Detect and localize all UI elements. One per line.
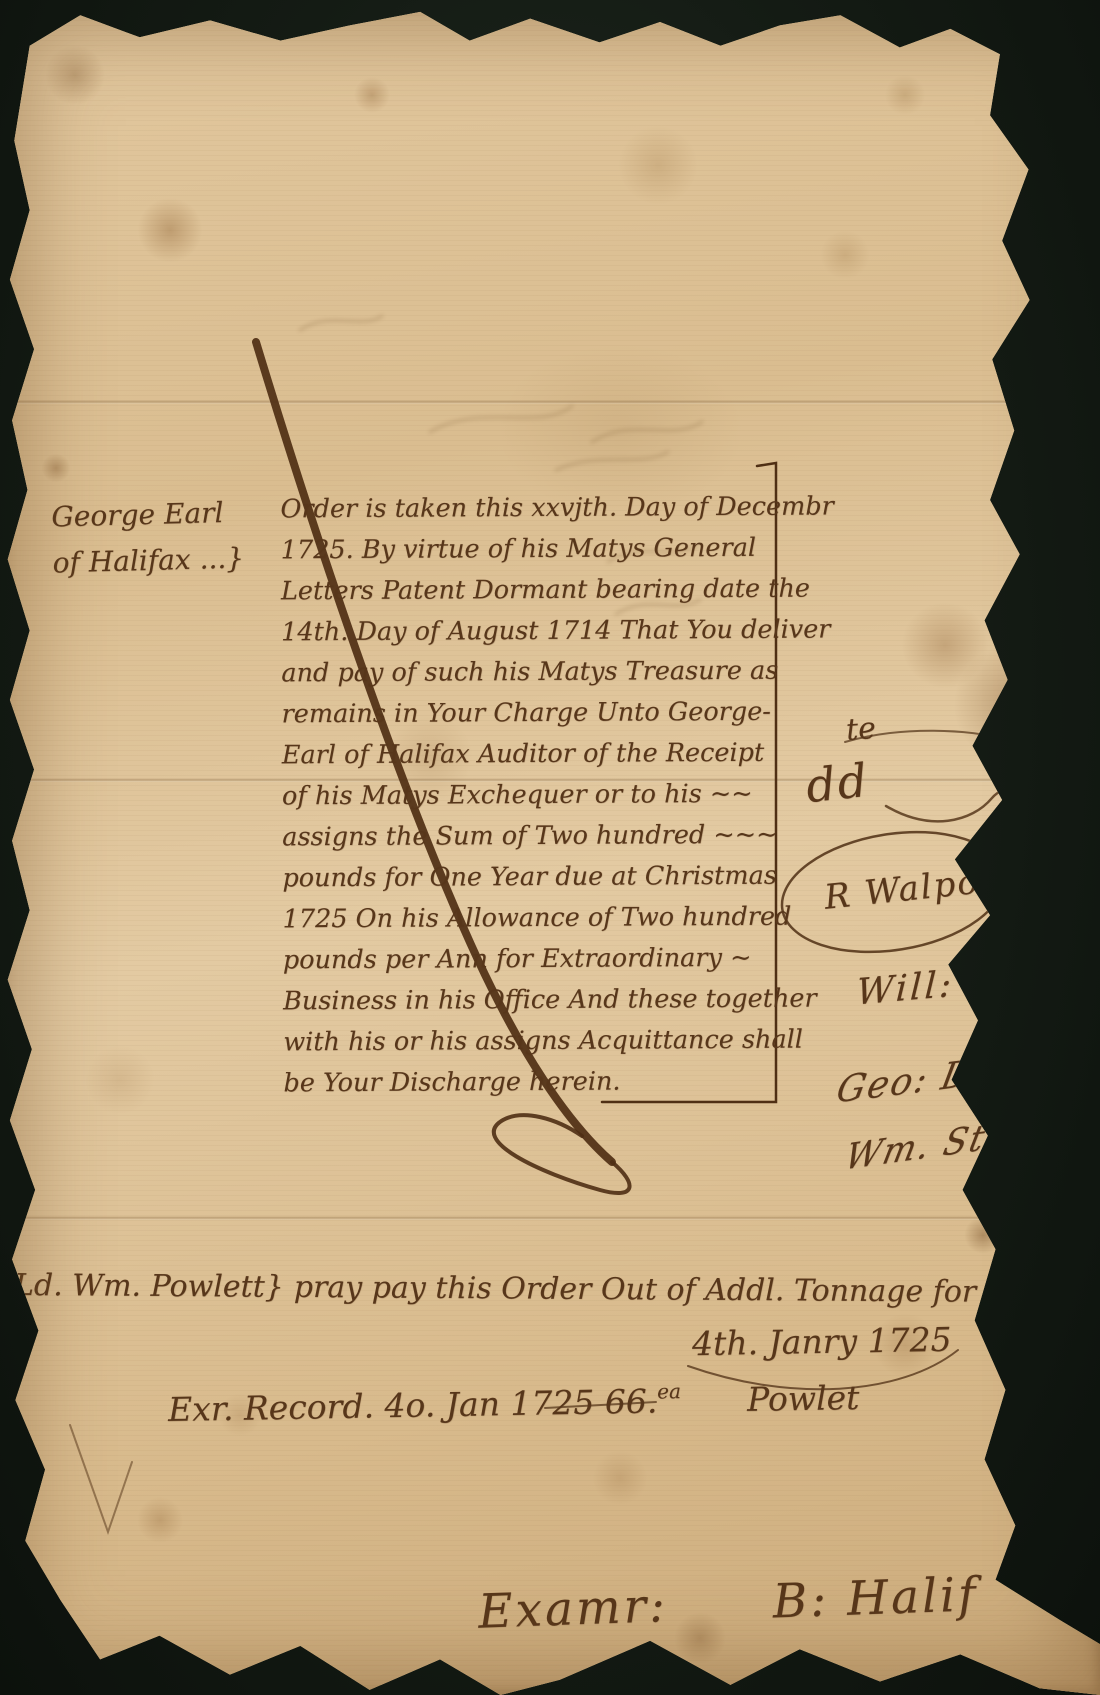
fold-crease: [0, 1216, 1100, 1220]
record-text: Exr. Record. 4o. Jan 1725 66.: [168, 1381, 658, 1429]
check-mark-stroke: [70, 1425, 132, 1532]
dd-mark-flourish: [886, 789, 1030, 821]
endorsement-date: 4th. Janry 1725: [692, 1320, 952, 1364]
margin-mark-dd: dd: [803, 753, 871, 813]
order-body-line: be Your Discharge herein.: [283, 1061, 788, 1105]
margin-note-line: of Halifax ...}: [52, 535, 245, 586]
order-body-line: Earl of Halifax Auditor of the Receipt: [282, 733, 787, 777]
margin-note-line: George Earl: [51, 490, 244, 541]
exam-signature: B: Halif: [772, 1567, 980, 1629]
signature-dodington: Geo: Dodington.: [833, 1029, 1100, 1111]
margin-mark-te: te: [845, 711, 877, 748]
fold-crease: [0, 400, 1100, 404]
order-text-block: Order is taken this xxvjth. Day of Decem…: [280, 487, 788, 1105]
record-line: Exr. Record. 4o. Jan 1725 66.eaPowlet: [168, 1376, 860, 1429]
exam-line: Examr:B: Halif: [477, 1567, 979, 1639]
record-signature: Powlet: [747, 1378, 860, 1419]
order-body-line: and pay of such his Matys Treasure as: [281, 651, 786, 695]
document-photo: { "page": { "background_color": "#141b14…: [0, 0, 1100, 1695]
order-body-line: Order is taken this xxvjth. Day of Decem…: [280, 487, 785, 531]
order-body-line: of his Matys Exchequer or to his ~~: [282, 774, 787, 818]
ink-slash-loop: [494, 1115, 630, 1193]
walpole-flourish-tail: [995, 898, 1058, 914]
order-body-line: Letters Patent Dormant bearing date the: [281, 569, 786, 613]
signature-yonge: Will: Yonge: [855, 951, 1094, 1013]
manuscript-paper: George Earl of Halifax ...} Order is tak…: [0, 0, 1100, 1695]
record-superscript: ea: [657, 1379, 681, 1403]
order-body-line: assigns the Sum of Two hundred ~~~: [282, 815, 787, 859]
order-body-line: with his or his assigns Acquittance shal…: [283, 1020, 788, 1064]
order-body-line: Business in his Office And these togethe…: [283, 979, 788, 1023]
order-body-line: 1725 On his Allowance of Two hundred: [283, 897, 788, 941]
endorsement-instruction: pray pay this Order Out of Addl. Tonnage…: [294, 1270, 1100, 1311]
order-body-line: pounds for One Year due at Christmas: [282, 856, 787, 900]
exam-label: Examr:: [477, 1578, 669, 1640]
signature-strickland: Wm. Strickland.: [841, 1093, 1100, 1179]
order-body-line: remains in Your Charge Unto George-: [281, 692, 786, 736]
order-body-line: 1725. By virtue of his Matys General: [281, 528, 786, 572]
signature-walpole: R Walpole: [822, 858, 1016, 918]
order-body-line: 14th. Day of August 1714 That You delive…: [281, 610, 786, 654]
endorsement-line: Ld. Wm. Powlett}pray pay this Order Out …: [14, 1268, 1100, 1311]
endorsement-payee: Ld. Wm. Powlett}: [14, 1268, 284, 1305]
order-body-line: pounds per Ann for Extraordinary ~: [283, 938, 788, 982]
margin-note: George Earl of Halifax ...}: [51, 490, 245, 587]
